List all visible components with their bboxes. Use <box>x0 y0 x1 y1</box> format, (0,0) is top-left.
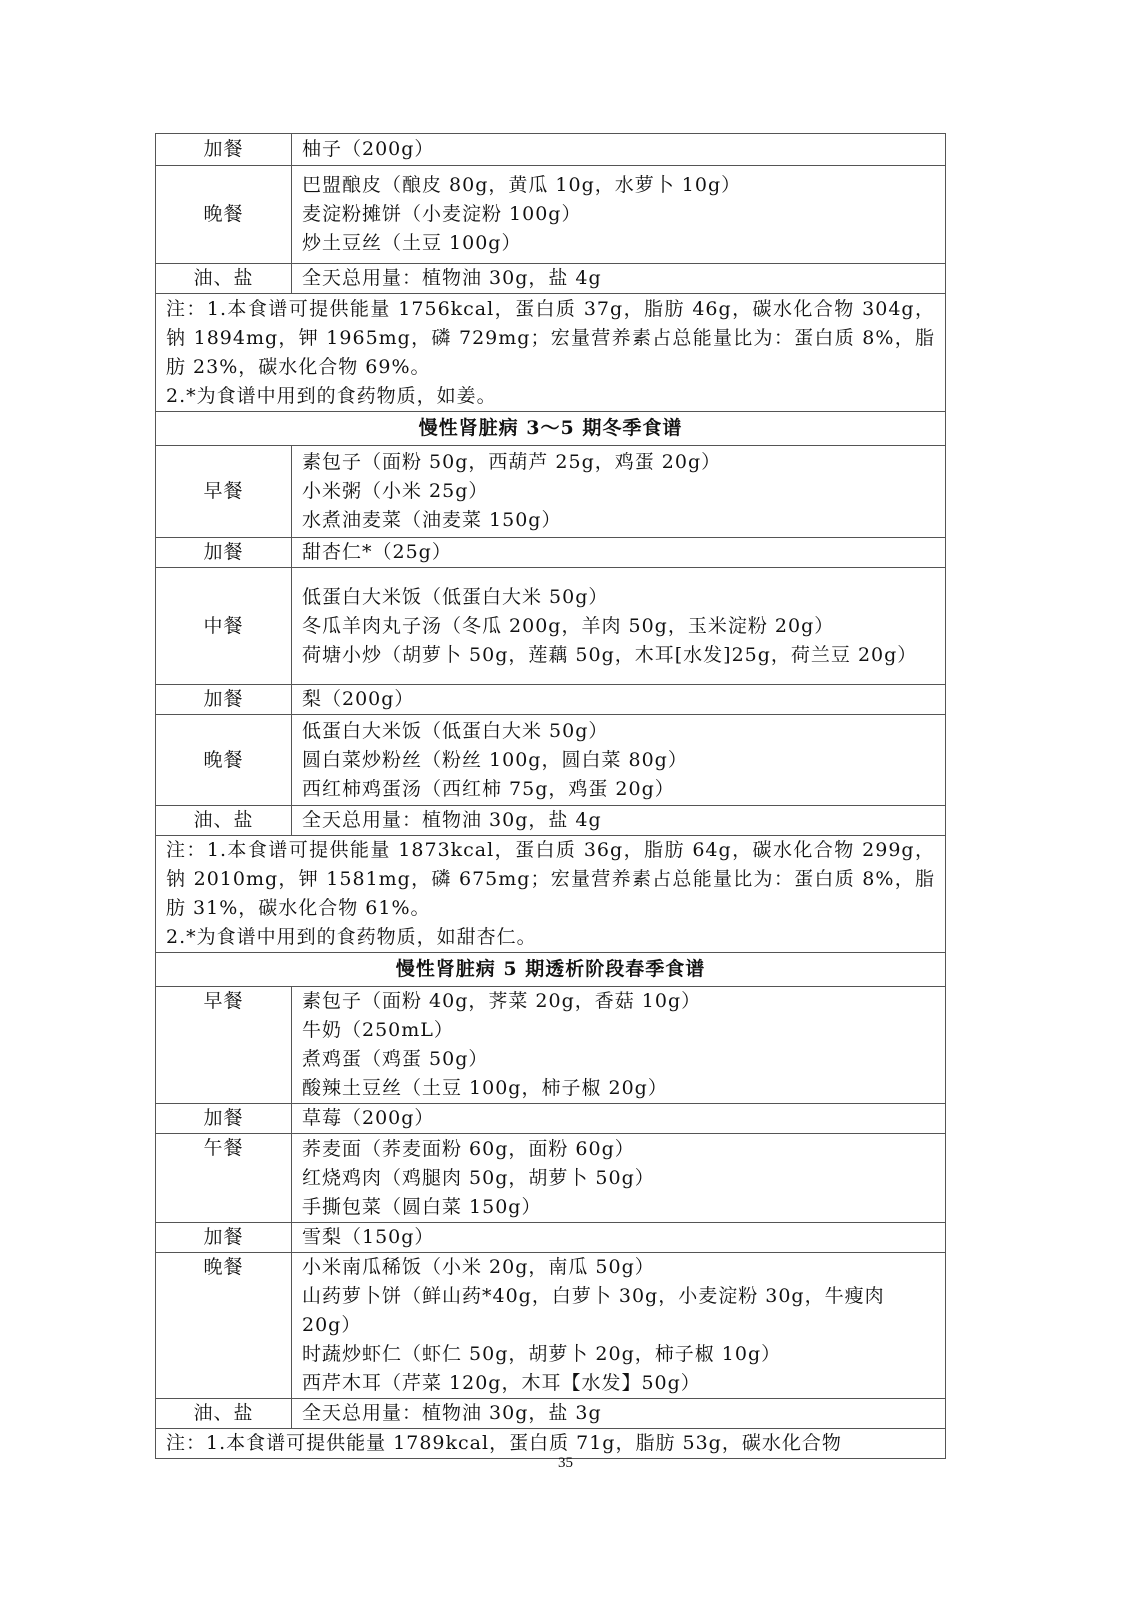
diet-menu-table: 加餐 柚子（200g） 晚餐 巴盟酿皮（酿皮 80g，黄瓜 10g，水萝卜 10… <box>155 133 946 1459</box>
table-row: 早餐 素包子（面粉 50g，西葫芦 25g，鸡蛋 20g） 小米粥（小米 25g… <box>156 446 946 538</box>
food-item: 圆白菜炒粉丝（粉丝 100g，圆白菜 80g） <box>302 746 935 775</box>
table-row: 油、盐 全天总用量：植物油 30g，盐 3g <box>156 1399 946 1429</box>
document-page: 加餐 柚子（200g） 晚餐 巴盟酿皮（酿皮 80g，黄瓜 10g，水萝卜 10… <box>0 0 1131 1600</box>
meal-items: 雪梨（150g） <box>292 1223 946 1253</box>
meal-label: 加餐 <box>156 538 292 568</box>
table-row: 加餐 甜杏仁*（25g） <box>156 538 946 568</box>
note-line: 注：1.本食谱可提供能量 1873kcal，蛋白质 36g，脂肪 64g，碳水化… <box>166 836 935 923</box>
nutrition-note: 注：1.本食谱可提供能量 1789kcal，蛋白质 71g，脂肪 53g，碳水化… <box>156 1429 946 1459</box>
meal-items: 甜杏仁*（25g） <box>292 538 946 568</box>
food-item: 荞麦面（荞麦面粉 60g，面粉 60g） <box>302 1135 935 1164</box>
meal-label: 早餐 <box>156 446 292 538</box>
meal-items: 小米南瓜稀饭（小米 20g，南瓜 50g） 山药萝卜饼（鲜山药*40g，白萝卜 … <box>292 1253 946 1399</box>
food-item: 山药萝卜饼（鲜山药*40g，白萝卜 30g，小麦淀粉 30g，牛瘦肉 20g） <box>302 1282 935 1340</box>
nutrition-note: 注：1.本食谱可提供能量 1873kcal，蛋白质 36g，脂肪 64g，碳水化… <box>156 836 946 953</box>
food-item: 麦淀粉摊饼（小麦淀粉 100g） <box>302 200 935 229</box>
section-title: 慢性肾脏病 5 期透析阶段春季食谱 <box>156 953 946 987</box>
meal-label: 午餐 <box>156 1134 292 1223</box>
note-line: 注：1.本食谱可提供能量 1756kcal，蛋白质 37g，脂肪 46g，碳水化… <box>166 295 935 382</box>
food-item: 草莓（200g） <box>302 1104 935 1133</box>
food-item: 西红柿鸡蛋汤（西红柿 75g，鸡蛋 20g） <box>302 775 935 804</box>
food-item: 酸辣土豆丝（土豆 100g，柿子椒 20g） <box>302 1074 935 1103</box>
meal-items: 全天总用量：植物油 30g，盐 3g <box>292 1399 946 1429</box>
food-item: 荷塘小炒（胡萝卜 50g，莲藕 50g，木耳[水发]25g，荷兰豆 20g） <box>302 641 935 670</box>
meal-items: 素包子（面粉 40g，荠菜 20g，香菇 10g） 牛奶（250mL） 煮鸡蛋（… <box>292 987 946 1104</box>
food-item: 西芹木耳（芹菜 120g，木耳【水发】50g） <box>302 1369 935 1398</box>
table-row: 晚餐 巴盟酿皮（酿皮 80g，黄瓜 10g，水萝卜 10g） 麦淀粉摊饼（小麦淀… <box>156 166 946 264</box>
food-item: 柚子（200g） <box>302 135 935 164</box>
note-row: 注：1.本食谱可提供能量 1789kcal，蛋白质 71g，脂肪 53g，碳水化… <box>156 1429 946 1459</box>
note-line: 2.*为食谱中用到的食药物质，如甜杏仁。 <box>166 923 935 952</box>
meal-label: 中餐 <box>156 568 292 685</box>
meal-label: 早餐 <box>156 987 292 1104</box>
food-item: 雪梨（150g） <box>302 1223 935 1252</box>
meal-items: 梨（200g） <box>292 685 946 715</box>
section-title-row: 慢性肾脏病 5 期透析阶段春季食谱 <box>156 953 946 987</box>
table-row: 午餐 荞麦面（荞麦面粉 60g，面粉 60g） 红烧鸡肉（鸡腿肉 50g，胡萝卜… <box>156 1134 946 1223</box>
meal-items: 素包子（面粉 50g，西葫芦 25g，鸡蛋 20g） 小米粥（小米 25g） 水… <box>292 446 946 538</box>
meal-label: 加餐 <box>156 134 292 166</box>
food-item: 炒土豆丝（土豆 100g） <box>302 229 935 258</box>
meal-items: 柚子（200g） <box>292 134 946 166</box>
table-row: 油、盐 全天总用量：植物油 30g，盐 4g <box>156 806 946 836</box>
food-item: 巴盟酿皮（酿皮 80g，黄瓜 10g，水萝卜 10g） <box>302 171 935 200</box>
table-row: 晚餐 低蛋白大米饭（低蛋白大米 50g） 圆白菜炒粉丝（粉丝 100g，圆白菜 … <box>156 715 946 806</box>
meal-label: 油、盐 <box>156 806 292 836</box>
meal-label: 加餐 <box>156 1223 292 1253</box>
note-row: 注：1.本食谱可提供能量 1873kcal，蛋白质 36g，脂肪 64g，碳水化… <box>156 836 946 953</box>
meal-items: 荞麦面（荞麦面粉 60g，面粉 60g） 红烧鸡肉（鸡腿肉 50g，胡萝卜 50… <box>292 1134 946 1223</box>
food-item: 甜杏仁*（25g） <box>302 538 935 567</box>
note-row: 注：1.本食谱可提供能量 1756kcal，蛋白质 37g，脂肪 46g，碳水化… <box>156 294 946 412</box>
nutrition-note: 注：1.本食谱可提供能量 1756kcal，蛋白质 37g，脂肪 46g，碳水化… <box>156 294 946 412</box>
food-item: 小米南瓜稀饭（小米 20g，南瓜 50g） <box>302 1253 935 1282</box>
page-number: 35 <box>0 1455 1131 1472</box>
food-item: 水煮油麦菜（油麦菜 150g） <box>302 506 935 535</box>
food-item: 全天总用量：植物油 30g，盐 3g <box>302 1399 935 1428</box>
meal-label: 晚餐 <box>156 1253 292 1399</box>
note-line: 注：1.本食谱可提供能量 1789kcal，蛋白质 71g，脂肪 53g，碳水化… <box>166 1429 935 1458</box>
meal-items: 草莓（200g） <box>292 1104 946 1134</box>
table-row: 加餐 柚子（200g） <box>156 134 946 166</box>
food-item: 素包子（面粉 40g，荠菜 20g，香菇 10g） <box>302 987 935 1016</box>
table-row: 加餐 梨（200g） <box>156 685 946 715</box>
food-item: 梨（200g） <box>302 685 935 714</box>
food-item: 牛奶（250mL） <box>302 1016 935 1045</box>
food-item: 煮鸡蛋（鸡蛋 50g） <box>302 1045 935 1074</box>
food-item: 时蔬炒虾仁（虾仁 50g，胡萝卜 20g，柿子椒 10g） <box>302 1340 935 1369</box>
meal-items: 巴盟酿皮（酿皮 80g，黄瓜 10g，水萝卜 10g） 麦淀粉摊饼（小麦淀粉 1… <box>292 166 946 264</box>
food-item: 全天总用量：植物油 30g，盐 4g <box>302 806 935 835</box>
meal-label: 油、盐 <box>156 264 292 294</box>
food-item: 素包子（面粉 50g，西葫芦 25g，鸡蛋 20g） <box>302 448 935 477</box>
meal-items: 低蛋白大米饭（低蛋白大米 50g） 圆白菜炒粉丝（粉丝 100g，圆白菜 80g… <box>292 715 946 806</box>
food-item: 全天总用量：植物油 30g，盐 4g <box>302 264 935 293</box>
section-title: 慢性肾脏病 3～5 期冬季食谱 <box>156 412 946 446</box>
food-item: 低蛋白大米饭（低蛋白大米 50g） <box>302 717 935 746</box>
meal-label: 加餐 <box>156 1104 292 1134</box>
meal-label: 加餐 <box>156 685 292 715</box>
table-row: 油、盐 全天总用量：植物油 30g，盐 4g <box>156 264 946 294</box>
note-line: 2.*为食谱中用到的食药物质，如姜。 <box>166 382 935 411</box>
table-row: 晚餐 小米南瓜稀饭（小米 20g，南瓜 50g） 山药萝卜饼（鲜山药*40g，白… <box>156 1253 946 1399</box>
meal-label: 晚餐 <box>156 166 292 264</box>
food-item: 小米粥（小米 25g） <box>302 477 935 506</box>
table-row: 早餐 素包子（面粉 40g，荠菜 20g，香菇 10g） 牛奶（250mL） 煮… <box>156 987 946 1104</box>
section-title-row: 慢性肾脏病 3～5 期冬季食谱 <box>156 412 946 446</box>
food-item: 冬瓜羊肉丸子汤（冬瓜 200g，羊肉 50g，玉米淀粉 20g） <box>302 612 935 641</box>
meal-items: 低蛋白大米饭（低蛋白大米 50g） 冬瓜羊肉丸子汤（冬瓜 200g，羊肉 50g… <box>292 568 946 685</box>
food-item: 红烧鸡肉（鸡腿肉 50g，胡萝卜 50g） <box>302 1164 935 1193</box>
meal-items: 全天总用量：植物油 30g，盐 4g <box>292 806 946 836</box>
food-item: 低蛋白大米饭（低蛋白大米 50g） <box>302 583 935 612</box>
table-row: 加餐 草莓（200g） <box>156 1104 946 1134</box>
meal-label: 油、盐 <box>156 1399 292 1429</box>
meal-label: 晚餐 <box>156 715 292 806</box>
food-item: 手撕包菜（圆白菜 150g） <box>302 1193 935 1222</box>
meal-items: 全天总用量：植物油 30g，盐 4g <box>292 264 946 294</box>
table-row: 加餐 雪梨（150g） <box>156 1223 946 1253</box>
table-row: 中餐 低蛋白大米饭（低蛋白大米 50g） 冬瓜羊肉丸子汤（冬瓜 200g，羊肉 … <box>156 568 946 685</box>
